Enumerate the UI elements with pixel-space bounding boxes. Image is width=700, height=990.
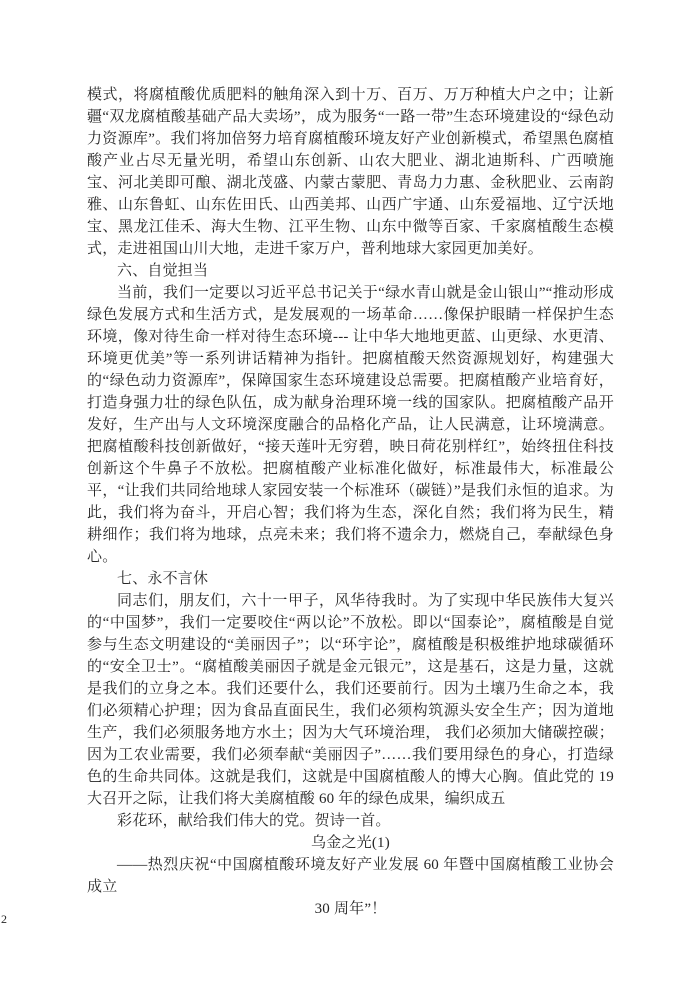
page: 模式，将腐植酸优质肥料的触角深入到十万、百万、万万种植大户之中；让新疆“双龙腐植… — [0, 0, 700, 990]
paragraph: 乌金之光(1) — [87, 832, 614, 854]
paragraph: 彩花环，献给我们伟大的党。贺诗一首。 — [87, 810, 614, 832]
paragraph: ——热烈庆祝“中国腐植酸环境友好产业发展 60 年暨中国腐植酸工业协会成立 — [87, 854, 614, 898]
paragraph: 30 周年”！ — [87, 898, 614, 920]
paragraph: 同志们，朋友们，六十一甲子，风华待我时。为了实现中华民族伟大复兴的“中国梦”，我… — [87, 590, 614, 810]
paragraph: 模式，将腐植酸优质肥料的触角深入到十万、百万、万万种植大户之中；让新疆“双龙腐植… — [87, 84, 614, 260]
paragraph: 六、自觉担当 — [87, 260, 614, 282]
page-number: 2 — [1, 912, 7, 926]
paragraph: 七、永不言休 — [87, 568, 614, 590]
document-body: 模式，将腐植酸优质肥料的触角深入到十万、百万、万万种植大户之中；让新疆“双龙腐植… — [87, 84, 614, 920]
paragraph: 当前，我们一定要以习近平总书记关于“绿水青山就是金山银山”“推动形成绿色发展方式… — [87, 282, 614, 568]
